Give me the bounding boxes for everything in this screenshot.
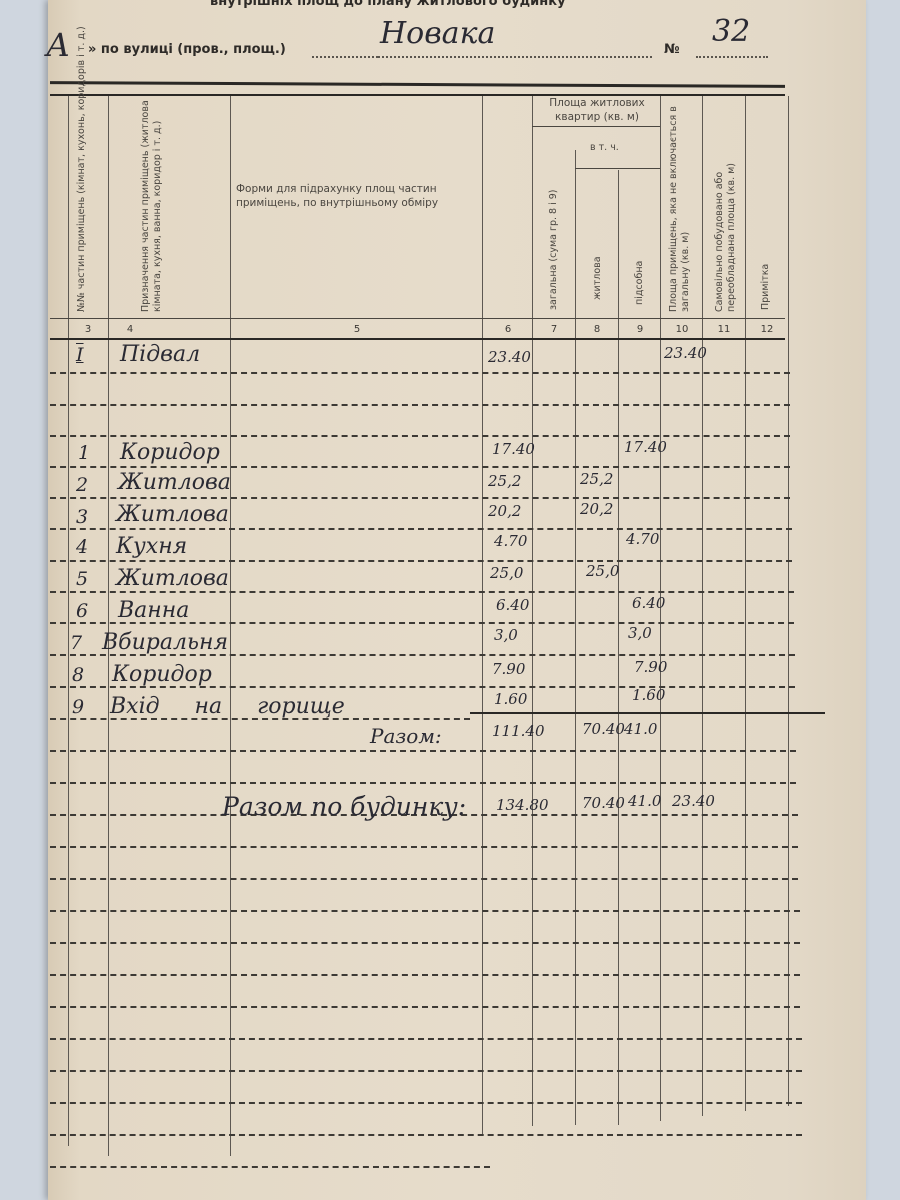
cell-total-area: 4.70 bbox=[494, 532, 527, 550]
row-number: І bbox=[76, 344, 84, 366]
row-rule bbox=[50, 560, 792, 562]
room-name: Підвал bbox=[120, 342, 200, 367]
cell-living-area: 25,0 bbox=[586, 562, 619, 580]
cell-total-area: 3,0 bbox=[494, 626, 518, 644]
row-number: 1 bbox=[78, 442, 90, 464]
cell-auxiliary-area: 3,0 bbox=[628, 624, 652, 642]
row-rule bbox=[50, 1166, 490, 1168]
room-name: Житлова bbox=[116, 502, 229, 527]
row-rule bbox=[50, 497, 790, 499]
house-total-living-area: 70.40 bbox=[582, 794, 625, 812]
colnum: 11 bbox=[704, 324, 744, 335]
cell-auxiliary-area: 1.60 bbox=[632, 686, 665, 704]
house-number: 32 bbox=[712, 14, 750, 49]
col-divider bbox=[68, 96, 69, 1146]
colnum: 10 bbox=[662, 324, 702, 335]
header-col10: Площа приміщень, яка не включається в за… bbox=[668, 102, 692, 312]
colnum-top-rule bbox=[50, 318, 785, 319]
colnum: 5 bbox=[232, 324, 482, 335]
col-divider bbox=[702, 96, 703, 1116]
header-col9: підсобна bbox=[634, 261, 646, 305]
col-divider bbox=[230, 96, 231, 1156]
header-col4: Призначення частин приміщень (житлова кі… bbox=[140, 92, 164, 312]
cell-total-area: 6.40 bbox=[496, 596, 529, 614]
row-rule bbox=[50, 435, 790, 437]
colnum: 6 bbox=[484, 324, 532, 335]
row-rule bbox=[50, 846, 798, 848]
cell-auxiliary-area: 4.70 bbox=[626, 530, 659, 548]
house-total-excluded-area: 23.40 bbox=[672, 792, 715, 810]
col-divider bbox=[618, 170, 619, 1125]
col-divider bbox=[482, 96, 483, 1136]
group-header-rule bbox=[532, 126, 660, 127]
row-number: 8 bbox=[72, 664, 84, 686]
cell-total-area: 25,2 bbox=[488, 472, 521, 490]
cell-living-area: 25,2 bbox=[580, 470, 613, 488]
header-col8: житлова bbox=[592, 256, 604, 300]
row-number: 4 bbox=[76, 536, 88, 558]
row-number: 6 bbox=[76, 600, 88, 622]
row-number: 5 bbox=[76, 568, 88, 590]
room-name: Вбиральня bbox=[102, 630, 228, 655]
row-rule bbox=[50, 782, 796, 784]
row-number: 3 bbox=[76, 506, 88, 528]
colnum: 7 bbox=[534, 324, 574, 335]
house-total-auxiliary-area: 41.0 bbox=[628, 792, 661, 810]
cell-auxiliary-area: 17.40 bbox=[624, 438, 667, 456]
cell-total-area: 17.40 bbox=[492, 440, 535, 458]
row-rule bbox=[50, 1070, 802, 1072]
colnum: 9 bbox=[620, 324, 660, 335]
header-col11: Самовільно побудовано або переобладнана … bbox=[714, 102, 738, 312]
room-name: Ванна bbox=[118, 598, 189, 623]
street-dotted-line-2 bbox=[378, 56, 652, 58]
sub-header-rule bbox=[575, 168, 660, 169]
house-total-label: Разом по будинку: bbox=[222, 792, 466, 821]
cell-total-area: 23.40 bbox=[488, 348, 531, 366]
subtotal-auxiliary-area: 41.0 bbox=[624, 720, 657, 738]
street-name: Новака bbox=[380, 16, 495, 51]
row-rule bbox=[50, 1102, 802, 1104]
colnum: 12 bbox=[747, 324, 787, 335]
header-col7: загальна (сума гр. 8 і 9) bbox=[548, 189, 560, 310]
row-rule bbox=[50, 1134, 802, 1136]
form-title: внутрішніх площ до плану житлового будин… bbox=[210, 0, 566, 9]
row-rule bbox=[50, 591, 794, 593]
subtotal-total-area: 111.40 bbox=[492, 722, 545, 740]
row-rule bbox=[50, 974, 800, 976]
col-divider bbox=[108, 96, 109, 1156]
row-rule bbox=[50, 1006, 800, 1008]
row-rule bbox=[50, 404, 790, 406]
row-number: 2 bbox=[76, 474, 88, 496]
cell-total-area: 7.90 bbox=[492, 660, 525, 678]
room-name: Житлова bbox=[116, 566, 229, 591]
colnum-bottom-rule bbox=[50, 338, 785, 340]
cell-living-area: 20,2 bbox=[580, 500, 613, 518]
subtotal-living-area: 70.40 bbox=[582, 720, 625, 738]
cell-total-area: 20,2 bbox=[488, 502, 521, 520]
street-prefix-letter: А bbox=[46, 26, 70, 64]
colnum: 4 bbox=[110, 324, 150, 335]
room-name: Кухня bbox=[116, 534, 187, 559]
cell-total-area: 25,0 bbox=[490, 564, 523, 582]
cell-auxiliary-area: 6.40 bbox=[632, 594, 665, 612]
header-col5: Форми для підрахунку площ частин приміще… bbox=[236, 182, 476, 210]
room-name: Вхід на горище bbox=[110, 694, 345, 719]
subtotal-label: Разом: bbox=[370, 724, 442, 748]
colnum: 8 bbox=[577, 324, 617, 335]
cell-auxiliary-area: 7.90 bbox=[634, 658, 667, 676]
number-dotted-line bbox=[696, 56, 768, 58]
col-divider bbox=[788, 96, 789, 1106]
col-divider bbox=[745, 96, 746, 1111]
row-rule bbox=[50, 942, 800, 944]
col-divider bbox=[575, 150, 576, 1125]
cell-total-area: 1.60 bbox=[494, 690, 527, 708]
street-dotted-line bbox=[312, 56, 378, 58]
row-rule bbox=[50, 750, 796, 752]
header-col3: №№ частин приміщень (кімнат, кухонь, кор… bbox=[76, 26, 88, 312]
cell-excluded-area: 23.40 bbox=[664, 344, 707, 362]
row-rule bbox=[50, 878, 798, 880]
row-number: 7 bbox=[70, 632, 82, 654]
row-rule bbox=[50, 372, 790, 374]
room-name: Житлова bbox=[118, 470, 231, 495]
row-number: 9 bbox=[72, 696, 84, 718]
room-name: Коридор bbox=[120, 440, 220, 465]
row-rule bbox=[50, 910, 800, 912]
header-col12: Примітка bbox=[760, 264, 772, 310]
col-divider bbox=[532, 96, 533, 1126]
row-rule bbox=[50, 466, 790, 468]
row-rule bbox=[50, 1038, 802, 1040]
row-rule bbox=[50, 528, 792, 530]
subtotal-rule bbox=[470, 712, 825, 714]
house-total-area: 134.80 bbox=[496, 796, 549, 814]
header-incl: в т. ч. bbox=[590, 142, 619, 153]
header-group-7-9: Площа житлових квартир (кв. м) bbox=[534, 96, 660, 124]
room-name: Коридор bbox=[112, 662, 212, 687]
colnum: 3 bbox=[70, 324, 106, 335]
street-label: » по вулиці (пров., площ.) bbox=[88, 42, 286, 57]
number-label: № bbox=[664, 42, 680, 57]
